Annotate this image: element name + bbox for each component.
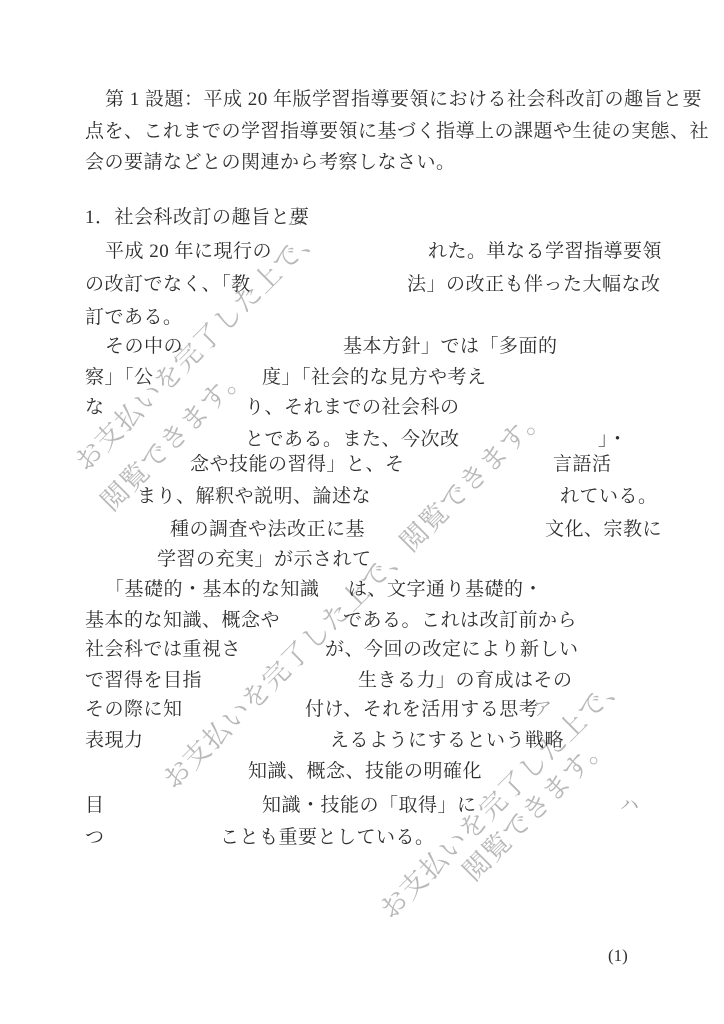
- text-segment: 生きる力」の育成はその: [358, 670, 573, 692]
- text-segment: 知識・技能の「取得」に: [262, 795, 477, 817]
- text-line: とである。また、今次改」・: [0, 429, 724, 453]
- text-line: 1．社会科改訂の趣旨と要点: [0, 207, 724, 231]
- text-segment: 度」「社会的な見方や考え: [262, 367, 487, 389]
- text-line: 第 1 設題：平成 20 年版学習指導要領における社会科改訂の趣旨と要: [0, 89, 724, 113]
- text-segment: 察」「公: [85, 367, 154, 389]
- text-segment: 言語活: [553, 454, 612, 476]
- text-segment: 点を、これまでの学習指導要領に基づく指導上の課題や生徒の実態、社: [85, 121, 709, 143]
- text-segment: 第 1 設題：平成 20 年版学習指導要領における社会科改訂の趣旨と要: [105, 89, 702, 111]
- text-segment: れている。: [560, 486, 658, 508]
- text-segment: 社会科では重視さ: [85, 639, 241, 661]
- text-segment: 学習の充実」が示されて: [157, 549, 372, 571]
- text-segment: その際に知: [85, 699, 183, 721]
- text-line: 会の要請などとの関連から考察しなさい。: [0, 152, 724, 176]
- text-line: 「基礎的・基本的な知識は、文字通り基礎的・: [0, 579, 724, 603]
- text-line: 社会科では重視さが、今回の改定により新しい: [0, 639, 724, 663]
- text-line: まり、解釈や説明、論述なれている。: [0, 486, 724, 510]
- text-segment: は、文字通り基礎的・: [348, 579, 543, 601]
- text-line: 念や技能の習得」と、そ言語活: [0, 454, 724, 478]
- text-line: 基本的な知識、概念やである。これは改訂前から: [0, 610, 724, 634]
- text-line: 目知識・技能の「取得」にハ: [0, 795, 724, 819]
- text-segment: 基本的な知識、概念や: [85, 610, 280, 632]
- text-segment: 1．社会科改訂の趣旨と要: [85, 207, 310, 229]
- text-segment: の改訂でなく、「教: [85, 274, 251, 296]
- text-segment: 平成 20 年に現行の: [105, 241, 272, 263]
- text-line: その中の基本方針」では「多面的: [0, 336, 724, 360]
- text-segment: れた。単なる学習指導要領: [428, 241, 662, 263]
- text-segment: その中の: [105, 336, 183, 358]
- text-segment: 基本方針」では「多面的: [343, 336, 558, 358]
- text-segment: 会の要請などとの関連から考察しなさい。: [85, 152, 456, 174]
- text-segment: ア: [533, 699, 553, 721]
- text-segment: 文化、宗教に: [545, 519, 662, 541]
- text-line: つことも重要としている。: [0, 827, 724, 851]
- text-line: 表現力えるようにするという戦略: [0, 730, 724, 754]
- document-text-layer: 第 1 設題：平成 20 年版学習指導要領における社会科改訂の趣旨と要点を、これ…: [0, 0, 724, 1024]
- text-segment: ことも重要としている。: [220, 827, 435, 849]
- text-line: 種の調査や法改正に基文化、宗教に: [0, 519, 724, 543]
- text-segment: 」・: [598, 429, 628, 451]
- text-segment: 種の調査や法改正に基: [170, 519, 365, 541]
- text-line: なり、それまでの社会科の: [0, 397, 724, 421]
- text-line: その際に知付け、それを活用する思考ア: [0, 699, 724, 723]
- text-segment: まり、解釈や説明、論述な: [137, 486, 371, 508]
- text-segment: 訂である。: [85, 307, 183, 329]
- text-segment: 目: [85, 795, 105, 817]
- text-segment: な: [85, 397, 105, 419]
- text-segment: 知識、概念、技能の明確化: [248, 761, 482, 783]
- text-line: 訂である。: [0, 307, 724, 331]
- text-line: 学習の充実」が示されて: [0, 549, 724, 573]
- document-page: お支払いを完了した上で、閲覧できます。お支払いを完了した上で、閲覧できます。お支…: [0, 0, 724, 1024]
- text-segment: 「基礎的・基本的な知識: [105, 579, 320, 601]
- text-segment: 念や技能の習得」と、そ: [190, 454, 405, 476]
- text-segment: とである。また、今次改: [245, 429, 460, 451]
- text-segment: ハ: [620, 795, 640, 817]
- text-segment: 点: [288, 207, 308, 229]
- text-segment: が、今回の改定により新しい: [325, 639, 579, 661]
- text-segment: である。これは改訂前から: [343, 610, 577, 632]
- text-line: で習得を目指生きる力」の育成はその: [0, 670, 724, 694]
- text-segment: で習得を目指: [85, 670, 202, 692]
- text-line: 平成 20 年に現行のれた。単なる学習指導要領: [0, 241, 724, 265]
- text-segment: 付け、それを活用する思考: [305, 699, 538, 721]
- text-segment: つ: [85, 827, 105, 849]
- text-line: 知識、概念、技能の明確化: [0, 761, 724, 785]
- text-segment: えるようにするという戦略: [330, 730, 564, 752]
- text-segment: 法」の改正も伴った大幅な改: [407, 274, 661, 296]
- text-line: 点を、これまでの学習指導要領に基づく指導上の課題や生徒の実態、社: [0, 121, 724, 145]
- text-line: の改訂でなく、「教法」の改正も伴った大幅な改: [0, 274, 724, 298]
- text-segment: 表現力: [85, 730, 144, 752]
- text-line: 察」「公度」「社会的な見方や考え: [0, 367, 724, 391]
- text-segment: り、それまでの社会科の: [245, 397, 460, 419]
